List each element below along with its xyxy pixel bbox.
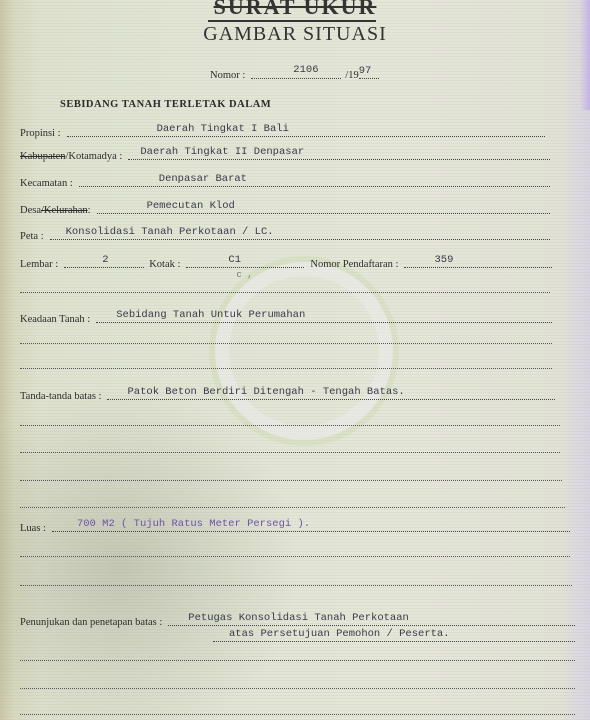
penunjukan-row-2: atas Persetujuan Pemohon / Peserta. — [213, 640, 575, 644]
kotak-label: Kotak : — [149, 259, 180, 270]
desa-label: Desa — [20, 205, 41, 216]
luas-field: 700 M2 ( Tujuh Ratus Meter Persegi ). — [52, 530, 570, 532]
lembar-row: Lembar : 2 Kotak : C1 c , Nomor Pendafta… — [20, 259, 552, 270]
year-value: 97 — [359, 65, 372, 77]
luas-value: 700 M2 ( Tujuh Ratus Meter Persegi ). — [77, 518, 310, 530]
nomor-value: 2106 — [293, 64, 318, 76]
year-prefix: /19 — [345, 70, 358, 81]
nomor-pendaftaran-label: Nomor Pendaftaran : — [310, 259, 398, 270]
penunjukan-value-line1: Petugas Konsolidasi Tanah Perkotaan — [188, 612, 409, 624]
kecamatan-field: Denpasar Barat — [79, 185, 550, 187]
kotamadya-field: Daerah Tingkat II Denpasar — [128, 158, 550, 160]
keadaan-tanah-label: Keadaan Tanah : — [20, 314, 90, 325]
penunjukan-field-2: atas Persetujuan Pemohon / Peserta. — [213, 640, 575, 642]
blank-line — [20, 507, 565, 508]
nomor-pendaftaran-value: 359 — [434, 254, 453, 266]
tanda-batas-field: Patok Beton Berdiri Ditengah - Tengah Ba… — [107, 398, 555, 400]
penunjukan-row: Penunjukan dan penetapan batas : Petugas… — [20, 617, 575, 628]
propinsi-value: Daerah Tingkat I Bali — [157, 123, 289, 135]
kecamatan-row: Kecamatan : Denpasar Barat — [20, 178, 550, 189]
desa-row: Desa /Kelurahan : Pemecutan Klod — [20, 205, 550, 216]
tanda-batas-value: Patok Beton Berdiri Ditengah - Tengah Ba… — [127, 386, 404, 398]
kecamatan-label: Kecamatan : — [20, 178, 73, 189]
peta-field: Konsolidasi Tanah Perkotaan / LC. — [50, 238, 550, 240]
blank-line — [20, 292, 550, 293]
kotak-annotation: c , — [236, 270, 252, 280]
keadaan-tanah-row: Keadaan Tanah : Sebidang Tanah Untuk Per… — [20, 314, 552, 325]
nomor-field: 2106 — [251, 77, 341, 79]
kecamatan-value: Denpasar Barat — [159, 173, 247, 185]
kotamadya-label: /Kotamadya : — [65, 151, 122, 162]
peta-label: Peta : — [20, 231, 44, 242]
desa-field: Pemecutan Klod — [97, 212, 550, 214]
document-title-struck: SURAT UKUR — [0, 0, 590, 20]
kotak-value: C1 — [228, 254, 241, 266]
keadaan-tanah-value: Sebidang Tanah Untuk Perumahan — [116, 309, 305, 321]
nomor-label: Nomor : — [210, 70, 245, 81]
section-heading: SEBIDANG TANAH TERLETAK DALAM — [60, 99, 271, 110]
blank-line — [20, 425, 560, 426]
lembar-label: Lembar : — [20, 259, 58, 270]
propinsi-label: Propinsi : — [20, 128, 61, 139]
tanda-batas-label: Tanda-tanda batas : — [20, 391, 101, 402]
blank-line — [20, 688, 575, 689]
blank-line — [20, 343, 552, 344]
kotamadya-row: Kabupaten /Kotamadya : Daerah Tingkat II… — [20, 151, 550, 162]
kotak-field: C1 c , — [186, 266, 304, 268]
title-divider — [208, 20, 376, 22]
kabupaten-label-struck: Kabupaten — [20, 151, 65, 162]
blank-line — [20, 452, 560, 453]
desa-label-colon: : — [88, 205, 91, 216]
document-number: Nomor : 2106 /19 97 — [210, 70, 379, 81]
lembar-value: 2 — [102, 254, 108, 266]
blank-line — [20, 556, 570, 557]
blank-line — [20, 660, 575, 661]
blank-line — [20, 480, 562, 481]
lembar-field: 2 — [64, 266, 144, 268]
document-title: GAMBAR SITUASI — [0, 23, 590, 46]
propinsi-row: Propinsi : Daerah Tingkat I Bali — [20, 128, 545, 139]
keadaan-tanah-field: Sebidang Tanah Untuk Perumahan — [96, 321, 552, 323]
peta-row: Peta : Konsolidasi Tanah Perkotaan / LC. — [20, 231, 550, 242]
luas-row: Luas : 700 M2 ( Tujuh Ratus Meter Perseg… — [20, 523, 570, 534]
peta-value: Konsolidasi Tanah Perkotaan / LC. — [66, 226, 274, 238]
kelurahan-label-struck: /Kelurahan — [41, 205, 88, 216]
blank-line — [20, 585, 572, 586]
blank-line — [20, 714, 575, 715]
penunjukan-value-line2: atas Persetujuan Pemohon / Peserta. — [229, 628, 450, 640]
blank-line — [20, 368, 552, 369]
kotamadya-value: Daerah Tingkat II Denpasar — [140, 146, 304, 158]
tanda-batas-row: Tanda-tanda batas : Patok Beton Berdiri … — [20, 391, 555, 402]
year-field: 97 — [359, 77, 379, 79]
luas-label: Luas : — [20, 523, 46, 534]
propinsi-field: Daerah Tingkat I Bali — [67, 135, 545, 137]
penunjukan-label: Penunjukan dan penetapan batas : — [20, 617, 162, 628]
desa-value: Pemecutan Klod — [147, 200, 235, 212]
penunjukan-field: Petugas Konsolidasi Tanah Perkotaan — [168, 624, 575, 626]
nomor-pendaftaran-field: 359 — [404, 266, 552, 268]
